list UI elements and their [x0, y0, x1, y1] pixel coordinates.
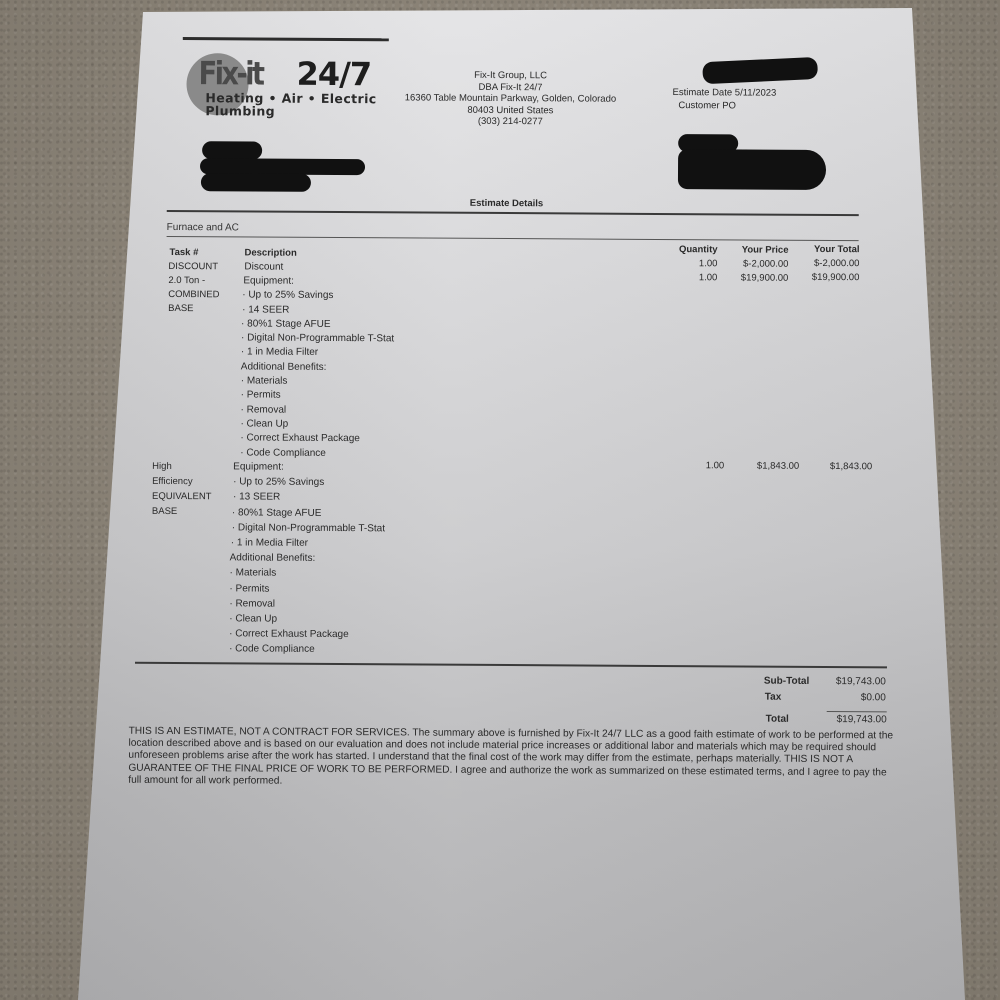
header-price: Your Price: [721, 244, 788, 255]
description-line: · Clean Up: [240, 417, 393, 432]
customer-po-label: Customer PO: [678, 100, 736, 111]
description-line: · 80%1 Stage AFUE: [241, 317, 394, 332]
subtotal-label: Sub-Total: [764, 676, 809, 687]
header-task: Task #: [169, 247, 198, 258]
table-row: 2.0 Ton - COMBINED BASE: [168, 274, 219, 316]
description-line: · Permits: [241, 389, 394, 404]
estimate-date-value: 5/11/2023: [735, 87, 777, 98]
description-line: Discount: [244, 260, 283, 275]
header-rule: [183, 37, 389, 41]
task-id: High: [152, 459, 212, 474]
row-quantity: 1.00: [661, 272, 717, 283]
section-rule: [167, 210, 859, 216]
task-id: BASE: [168, 302, 219, 316]
row-total: $-2,000.00: [791, 258, 859, 269]
task-id: EQUIVALENT: [152, 489, 212, 504]
description-line: · 13 SEER: [230, 490, 385, 506]
estimate-document: Fix-it 24/7 Heating • Air • Electric Plu…: [0, 0, 1000, 1000]
row-description: Equipment:· Up to 25% Savings· 13 SEER· …: [229, 459, 385, 658]
description-line: · 80%1 Stage AFUE: [230, 505, 385, 521]
estimate-meta: Estimate Date 5/11/2023 Customer PO: [672, 86, 776, 113]
logo-brand-fixit: Fix-it: [198, 54, 262, 92]
table-row: High Efficiency EQUIVALENT BASE: [152, 459, 212, 519]
company-address-block: Fix-It Group, LLC DBA Fix-It 24/7 16360 …: [390, 69, 630, 128]
company-logo: Fix-it 24/7 Heating • Air • Electric Plu…: [186, 50, 386, 123]
row-quantity: 1.00: [668, 460, 724, 471]
task-id: 2.0 Ton -: [168, 274, 219, 288]
header-description: Description: [244, 247, 296, 258]
description-line: Equipment:: [241, 274, 394, 289]
category-label: Furnace and AC: [167, 222, 239, 233]
estimate-number-redaction: [702, 57, 818, 84]
logo-brand-247: 24/7: [296, 55, 371, 93]
description-line: · Digital Non-Programmable T-Stat: [230, 520, 385, 536]
description-line: · Removal: [240, 403, 393, 418]
description-line: · Code Compliance: [229, 642, 384, 658]
service-address-redaction-2: [678, 149, 826, 190]
description-line: · Up to 25% Savings: [230, 475, 385, 491]
header-quantity: Quantity: [661, 244, 717, 255]
row-price: $-2,000.00: [721, 258, 788, 269]
row-description: Discount: [244, 260, 283, 275]
category-rule: [167, 236, 859, 241]
section-title: Estimate Details: [470, 198, 543, 209]
tax-value: $0.00: [819, 692, 886, 703]
tax-label: Tax: [765, 692, 782, 703]
total-label: Total: [766, 714, 789, 725]
description-line: · Digital Non-Programmable T-Stat: [241, 332, 394, 347]
description-line: Additional Benefits:: [230, 551, 385, 567]
company-address-line: (303) 214-0277: [390, 115, 630, 128]
description-line: · Correct Exhaust Package: [240, 432, 393, 447]
description-line: · Correct Exhaust Package: [229, 627, 384, 643]
subtotal-value: $19,743.00: [819, 676, 886, 687]
description-line: · Materials: [241, 374, 394, 389]
description-line: · 14 SEER: [241, 303, 394, 318]
total-value: $19,743.00: [819, 714, 887, 725]
description-line: · Materials: [230, 566, 385, 582]
table-row: DISCOUNT: [168, 260, 218, 274]
row-quantity: 1.00: [661, 258, 717, 269]
description-line: · Clean Up: [229, 611, 384, 627]
task-id: BASE: [152, 504, 212, 519]
estimate-date-label: Estimate Date: [672, 87, 732, 98]
description-line: · Permits: [229, 581, 384, 597]
disclaimer-text: THIS IS AN ESTIMATE, NOT A CONTRACT FOR …: [128, 726, 898, 792]
task-id: Efficiency: [152, 474, 212, 489]
header-total: Your Total: [792, 244, 860, 255]
logo-tagline-2: Plumbing: [205, 103, 275, 118]
customer-name-redaction: [202, 141, 262, 159]
description-line: · Up to 25% Savings: [241, 289, 394, 304]
description-line: Equipment:: [230, 459, 385, 475]
description-line: Additional Benefits:: [241, 360, 394, 375]
row-total: $1,843.00: [804, 461, 872, 472]
row-description: Equipment:· Up to 25% Savings· 14 SEER· …: [240, 274, 394, 461]
row-price: $19,900.00: [721, 272, 788, 283]
table-bottom-rule: [135, 662, 887, 669]
description-line: · Removal: [229, 596, 384, 612]
row-price: $1,843.00: [730, 460, 799, 471]
task-id: COMBINED: [168, 288, 219, 302]
company-address-line: 16360 Table Mountain Parkway, Golden, Co…: [390, 92, 630, 105]
total-rule: [827, 711, 887, 712]
description-line: · 1 in Media Filter: [230, 535, 385, 551]
task-id: DISCOUNT: [168, 260, 218, 274]
row-total: $19,900.00: [791, 272, 859, 283]
description-line: · 1 in Media Filter: [241, 346, 394, 361]
customer-address-redaction-2: [201, 173, 311, 192]
